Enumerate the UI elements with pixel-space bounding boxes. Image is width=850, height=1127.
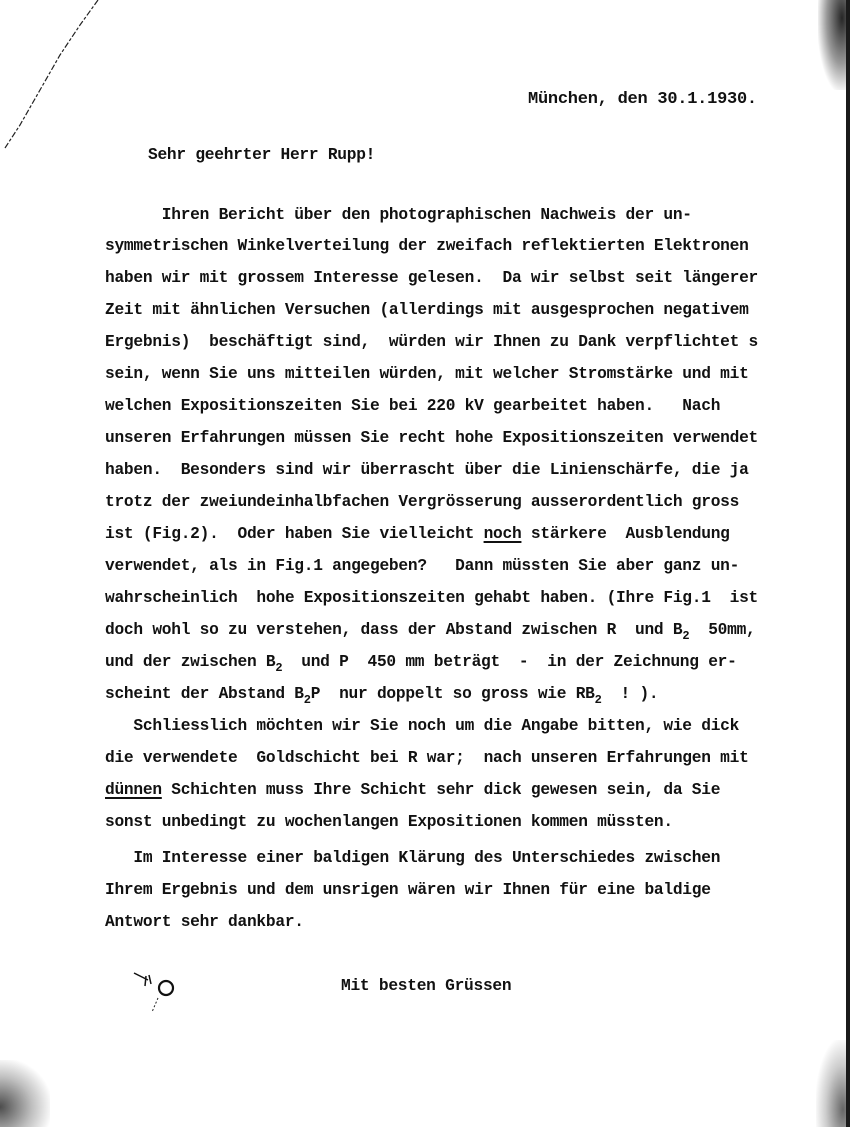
body-line: Ergebnis) beschäftigt sind, würden wir I…: [105, 332, 758, 352]
body-line: scheint der Abstand B2P nur doppelt so g…: [105, 684, 658, 704]
body-line: unseren Erfahrungen müssen Sie recht hoh…: [105, 428, 758, 448]
body-line: Schliesslich möchten wir Sie noch um die…: [105, 716, 739, 736]
handwritten-mark: [130, 968, 190, 1013]
subscript: 2: [595, 693, 602, 707]
body-line: sein, wenn Sie uns mitteilen würden, mit…: [105, 364, 749, 384]
body-line: die verwendete Goldschicht bei R war; na…: [105, 748, 749, 768]
body-line: haben wir mit grossem Interesse gelesen.…: [105, 268, 758, 288]
body-line: und der zwischen B2 und P 450 mm beträgt…: [105, 652, 737, 672]
underlined-word: noch: [484, 525, 522, 543]
scan-edge-shadow-bottom: [816, 1040, 846, 1127]
body-line: wahrscheinlich hohe Expositionszeiten ge…: [105, 588, 758, 608]
letter-date: München, den 30.1.1930.: [528, 90, 757, 110]
subscript: 2: [304, 693, 311, 707]
scan-edge-shadow-bottom-left: [0, 1060, 50, 1127]
body-line: welchen Expositionszeiten Sie bei 220 kV…: [105, 396, 720, 416]
body-line: ist (Fig.2). Oder haben Sie vielleicht n…: [105, 524, 730, 544]
body-text: doch wohl so zu verstehen, dass der Abst…: [105, 621, 682, 639]
body-line: Ihrem Ergebnis und dem unsrigen wären wi…: [105, 880, 711, 900]
body-line: Im Interesse einer baldigen Klärung des …: [105, 848, 720, 868]
body-text: scheint der Abstand B: [105, 685, 304, 703]
body-line: dünnen Schichten muss Ihre Schicht sehr …: [105, 780, 720, 800]
body-text: Schichten muss Ihre Schicht sehr dick ge…: [162, 781, 720, 799]
scan-scratch-mark: [0, 0, 110, 150]
body-text: und der zwischen B: [105, 653, 275, 671]
body-line: haben. Besonders sind wir überrascht übe…: [105, 460, 749, 480]
body-line: sonst unbedingt zu wochenlangen Expositi…: [105, 812, 673, 832]
body-line: verwendet, als in Fig.1 angegeben? Dann …: [105, 556, 739, 576]
body-line: doch wohl so zu verstehen, dass der Abst…: [105, 620, 756, 640]
scan-right-edge: [846, 0, 850, 1127]
body-text: ist (Fig.2). Oder haben Sie vielleicht: [105, 525, 484, 543]
letter-closing: Mit besten Grüssen: [341, 976, 511, 996]
body-text: ! ).: [602, 685, 659, 703]
body-line: Antwort sehr dankbar.: [105, 912, 304, 932]
scanned-letter-page: München, den 30.1.1930. Sehr geehrter He…: [0, 0, 850, 1127]
letter-salutation: Sehr geehrter Herr Rupp!: [148, 145, 375, 165]
body-line: trotz der zweiundeinhalbfachen Vergrösse…: [105, 492, 739, 512]
body-line: Zeit mit ähnlichen Versuchen (allerdings…: [105, 300, 749, 320]
scan-edge-shadow-top: [818, 0, 848, 90]
body-text: 50mm,: [689, 621, 755, 639]
body-text: stärkere Ausblendung: [521, 525, 729, 543]
body-text: und P 450 mm beträgt - in der Zeichnung …: [282, 653, 736, 671]
body-text: P nur doppelt so gross wie RB: [311, 685, 595, 703]
body-line: symmetrischen Winkelverteilung der zweif…: [105, 236, 749, 256]
body-line: Ihren Bericht über den photographischen …: [105, 205, 692, 225]
underlined-word: dünnen: [105, 781, 162, 799]
